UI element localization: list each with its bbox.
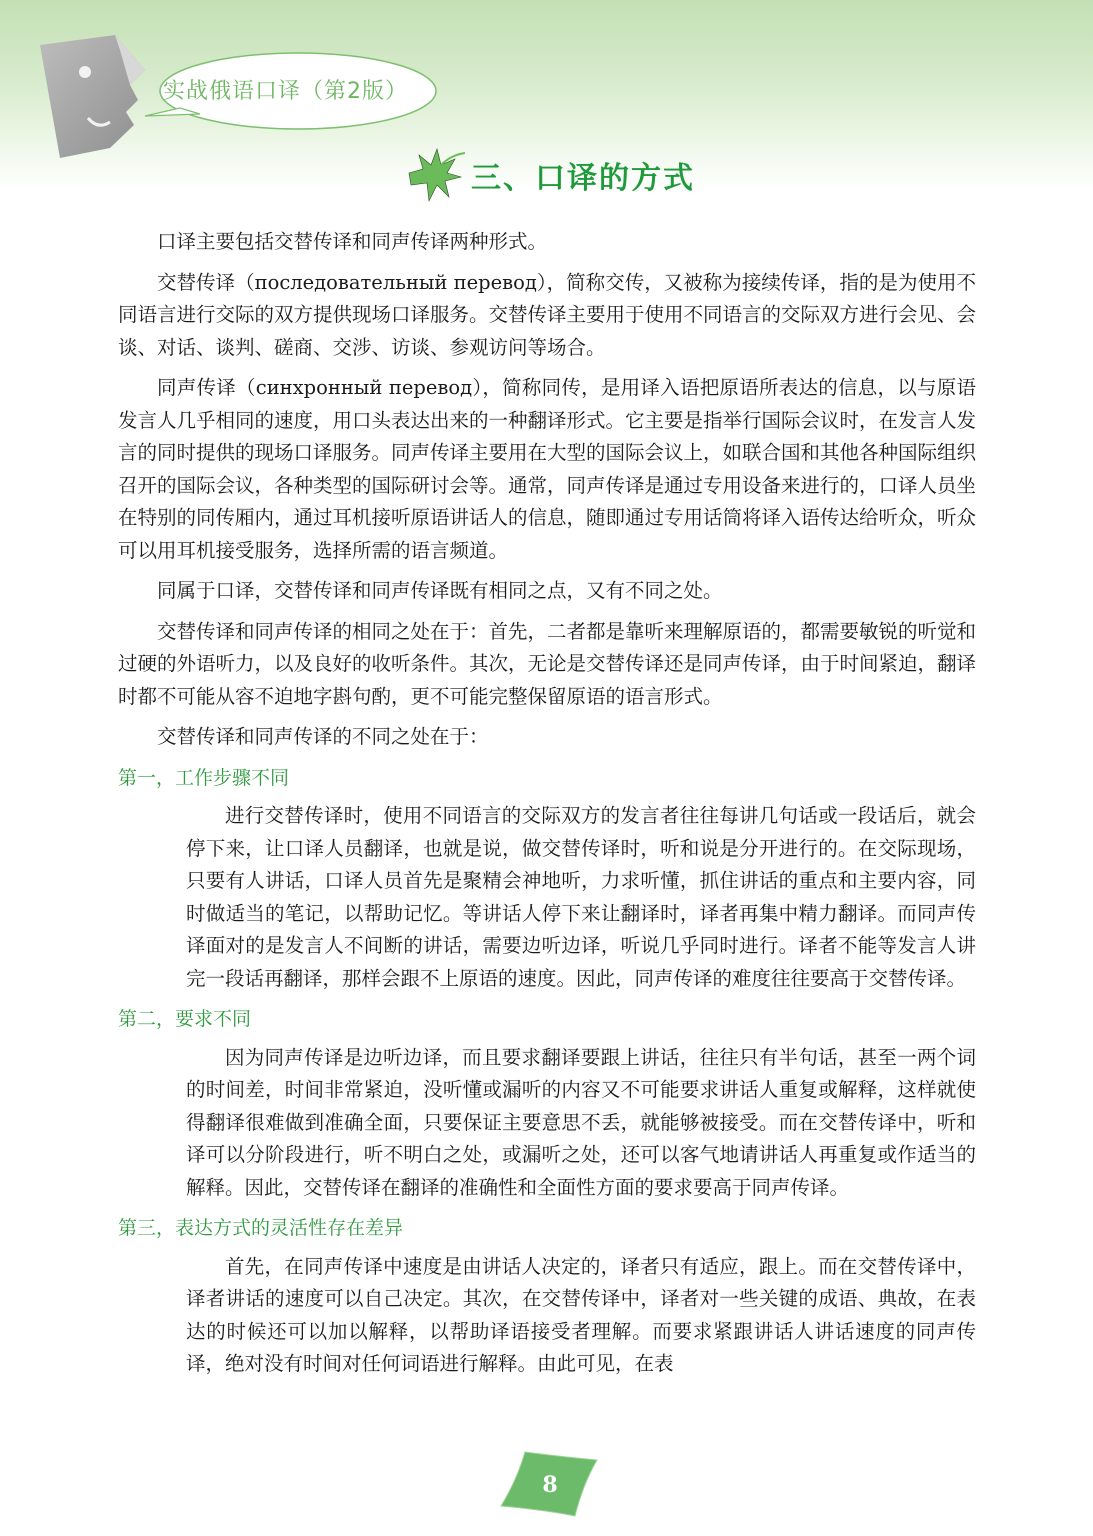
page-number-badge: 8 bbox=[495, 1450, 605, 1520]
leaf-icon bbox=[405, 145, 465, 205]
sub-heading: 第二，要求不同 bbox=[118, 1003, 976, 1036]
paragraph: 同属于口译，交替传译和同声传译既有相同之点，又有不同之处。 bbox=[118, 575, 976, 608]
section-title: 三、口译的方式 bbox=[405, 145, 695, 205]
body-content: 口译主要包括交替传译和同声传译两种形式。 交替传译（последовательн… bbox=[118, 226, 976, 1389]
page-number: 8 bbox=[495, 1450, 605, 1520]
sub-paragraph: 进行交替传译时，使用不同语言的交际双方的发言者往往每讲几句话或一段话后，就会停下… bbox=[118, 800, 976, 995]
paragraph: 交替传译和同声传译的相同之处在于：首先，二者都是靠听来理解原语的，都需要敏锐的听… bbox=[118, 616, 976, 714]
paragraph: 交替传译（последовательный перевод），简称交传，又被称为… bbox=[118, 267, 976, 365]
sub-heading: 第一，工作步骤不同 bbox=[118, 762, 976, 795]
section-heading: 三、口译的方式 bbox=[471, 153, 695, 197]
book-title: 实战俄语口译（第2版） bbox=[163, 74, 423, 105]
sub-paragraph: 首先，在同声传译中速度是由讲话人决定的，译者只有适应，跟上。而在交替传译中，译者… bbox=[118, 1251, 976, 1381]
sub-paragraph: 因为同声传译是边听边译，而且要求翻译要跟上讲话，往往只有半句话，甚至一两个词的时… bbox=[118, 1042, 976, 1205]
sub-heading: 第三，表达方式的灵活性存在差异 bbox=[118, 1212, 976, 1245]
paragraph: 口译主要包括交替传译和同声传译两种形式。 bbox=[118, 226, 976, 259]
paragraph: 同声传译（синхронный перевод），简称同传，是用译入语把原语所表… bbox=[118, 372, 976, 567]
paragraph: 交替传译和同声传译的不同之处在于： bbox=[118, 721, 976, 754]
